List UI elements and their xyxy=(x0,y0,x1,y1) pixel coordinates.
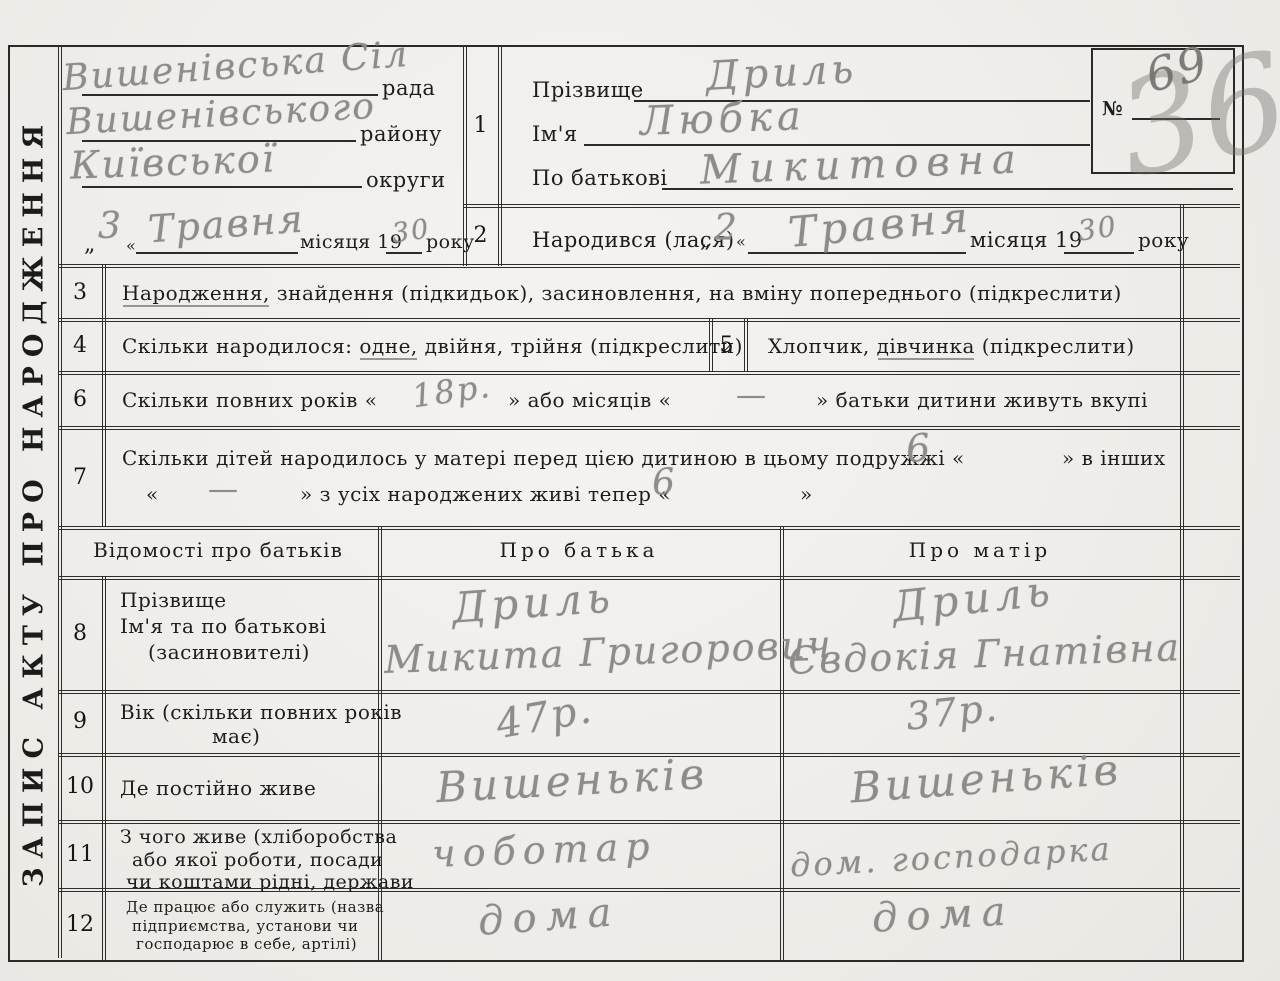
cell5-right-rule xyxy=(744,318,748,371)
row5-text: (підкреслити) xyxy=(982,334,1135,358)
name-handwriting: Любка xyxy=(639,93,806,145)
row10-label: Де постійно живе xyxy=(120,776,316,800)
birth-year-handwriting: 30 xyxy=(1076,209,1120,247)
row4-underlined-word: одне, xyxy=(359,334,417,358)
row-separator xyxy=(58,264,1240,268)
row3-number: 3 xyxy=(58,266,102,318)
surname-handwriting: Дриль xyxy=(705,46,858,100)
row5-text-pre: Хлопчик, xyxy=(768,334,870,358)
row6-text-1: Скільки повних років « xyxy=(122,388,378,412)
row7-line1-text: Скільки дітей народилось у матері перед … xyxy=(122,446,965,470)
row5-underlined-word: дівчинка xyxy=(877,334,975,358)
row11-label-1: З чого живе (хліборобства xyxy=(120,826,397,848)
registry-day-handwriting: 3 xyxy=(98,206,123,247)
row7-line1-end-text: » в інших xyxy=(1062,446,1166,470)
birth-year-rule xyxy=(1064,252,1134,254)
row7-number: 7 xyxy=(58,428,102,526)
row4-number: 4 xyxy=(58,320,102,371)
row5-number: 5 xyxy=(709,320,744,371)
birth-open-quote: „ xyxy=(700,228,712,253)
mother-column-rule xyxy=(780,526,784,960)
row1-number: 1 xyxy=(463,45,498,205)
registry-close-quote: « xyxy=(126,236,136,255)
row7-children-marriage-handwriting: 6 xyxy=(904,425,934,471)
surname-label: Прізвище xyxy=(532,78,644,102)
row12-number: 12 xyxy=(58,888,102,960)
row12-label-1: Де працює або служить (назва xyxy=(126,898,384,916)
row9-label-1: Вік (скільки повних років xyxy=(120,700,402,724)
birth-month-label: місяця 19 xyxy=(970,228,1083,252)
side-title: ЗАПИС АКТУ ПРО НАРОДЖЕННЯ xyxy=(10,45,58,958)
district-label: району xyxy=(360,122,442,146)
patronymic-label: По батькові xyxy=(532,166,668,190)
row7-other-dash-handwriting: — xyxy=(208,472,240,507)
row-separator xyxy=(58,426,1240,430)
row-separator xyxy=(58,690,1240,694)
row8-label-3: (засиновителі) xyxy=(148,640,310,664)
row11-label-3: чи коштами рідні, держави xyxy=(126,871,414,893)
okruha-handwriting: Київської xyxy=(69,136,276,187)
mother-header: Про матір xyxy=(780,538,1180,562)
row6-months-dash-handwriting: — xyxy=(736,378,768,413)
mother-workplace-handwriting: дома xyxy=(871,888,1016,941)
row12-label-2: підприємства, установи чи xyxy=(132,917,358,935)
birth-month-rule xyxy=(748,252,966,254)
numcol-right-rule xyxy=(498,45,502,266)
row7-open-quote: « xyxy=(146,482,159,506)
name-label: Ім'я xyxy=(532,122,578,146)
registry-month-label: місяця 19 xyxy=(300,231,402,253)
row8-number: 8 xyxy=(58,576,102,690)
row12-label-3: господарює в себе, артілі) xyxy=(136,935,357,953)
row7-alive-handwriting: 6 xyxy=(651,461,679,504)
row4-text-pre: Скільки народилося: xyxy=(122,334,353,358)
row-separator xyxy=(58,526,1240,530)
row3-underlined-word: Народження, xyxy=(122,281,270,305)
row10-number: 10 xyxy=(58,753,102,820)
parents-info-header: Відомості про батьків xyxy=(58,538,378,562)
father-header: Про батька xyxy=(378,538,780,562)
row7-line2-text: » з усіх народжених живі тепер « xyxy=(300,482,671,506)
row3-text: знайдення (підкидьок), засиновлення, на … xyxy=(277,281,1122,305)
number-column-rule xyxy=(102,264,106,526)
row6-text-2: » або місяців « xyxy=(508,388,671,412)
row11-number: 11 xyxy=(58,820,102,888)
row6-text-3: » батьки дитини живуть вкупі xyxy=(816,388,1148,412)
margin-column-rule xyxy=(1180,204,1184,960)
father-column-rule xyxy=(378,526,382,960)
row-separator xyxy=(58,318,1240,322)
number-column-rule xyxy=(102,576,106,960)
row11-label-2: або якої роботи, посади xyxy=(132,849,383,871)
row2-number: 2 xyxy=(463,206,498,264)
registry-open-quote: „ xyxy=(84,232,96,257)
birth-close-quote: « xyxy=(736,232,746,251)
registry-month-rule xyxy=(136,252,298,254)
birth-record-form: ЗАПИС АКТУ ПРО НАРОДЖЕННЯ Вишенівська Сі… xyxy=(0,0,1280,981)
row9-label-2: має) xyxy=(212,724,260,748)
row-separator xyxy=(58,576,1240,580)
okruha-rule xyxy=(82,186,362,188)
row6-number: 6 xyxy=(58,373,102,426)
row8-label-1: Прізвище xyxy=(120,588,227,612)
row8-label-2: Ім'я та по батькові xyxy=(120,614,327,638)
row4-text: двійня, трійня (підкреслити) xyxy=(425,334,743,358)
council-label: рада xyxy=(382,76,435,100)
row9-number: 9 xyxy=(58,690,102,753)
okruha-label: округи xyxy=(366,168,446,192)
row7-close-quote: » xyxy=(800,482,813,506)
registry-year-rule xyxy=(386,252,422,254)
row-separator xyxy=(58,371,1240,375)
father-occupation-handwriting: чоботар xyxy=(431,824,657,876)
